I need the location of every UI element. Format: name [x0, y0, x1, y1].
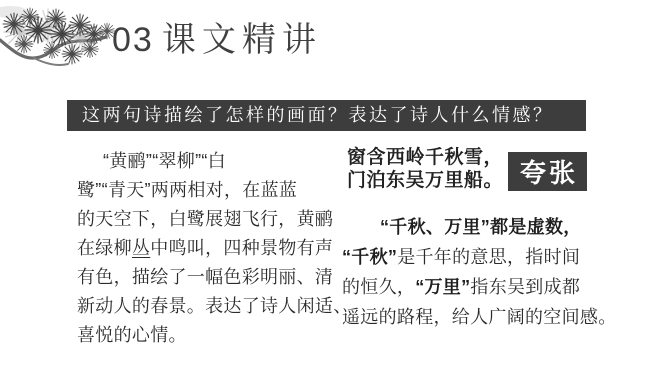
text-segment: 的恒久， — [342, 277, 415, 297]
bold-term: “万里” — [415, 277, 470, 297]
text-segment: 中鸣叫，四种景物有声 — [150, 238, 333, 258]
analysis-line: 在绿柳丛中鸣叫，四种景物有声 — [77, 234, 352, 263]
poem-line: 窗含西岭千秋雪， — [347, 146, 503, 169]
question-banner: 这两句诗描绘了怎样的画面？表达了诗人什么情感？ — [67, 100, 586, 131]
text-segment: 喜悦的心情。 — [77, 325, 187, 345]
analysis-line: “黄鹂”“翠柳”“白 — [77, 147, 352, 176]
slide: 03课文精讲 这两句诗描绘了怎样的画面？表达了诗人什么情感？ “黄鹂”“翠柳”“… — [0, 0, 668, 376]
text-segment: “黄鹂”“翠柳”“白 — [103, 151, 226, 171]
text-segment: 遥远的路程，给人广阔的空间感。 — [342, 307, 617, 327]
pine-branch-icon — [0, 4, 118, 78]
text-segment: 的天空下，白鹭展翅飞行，黄鹂 — [77, 209, 333, 229]
page-title: 03课文精讲 — [112, 18, 322, 62]
question-text: 这两句诗描绘了怎样的画面？表达了诗人什么情感？ — [82, 105, 554, 125]
analysis-line: 的天空下，白鹭展翅飞行，黄鹂 — [77, 205, 352, 234]
text-segment: 新动人的春景。表达了诗人闲适、 — [77, 296, 352, 316]
analysis-line: 有色，描绘了一幅色彩明丽、清 — [77, 263, 352, 292]
rhetoric-badge-label: 夸张 — [520, 153, 578, 190]
analysis-line: 喜悦的心情。 — [77, 321, 352, 350]
text-segment: 指东吴到成都 — [470, 277, 580, 297]
poem-couplet: 窗含西岭千秋雪， 门泊东吴万里船。 — [347, 146, 503, 192]
analysis-line: 遥远的路程，给人广阔的空间感。 — [342, 302, 627, 332]
right-analysis-paragraph: “千秋、万里”都是虚数， “千秋”是千年的意思，指时间 的恒久，“万里”指东吴到… — [342, 212, 627, 332]
text-segment: 在绿柳 — [77, 238, 132, 258]
rhetoric-badge: 夸张 — [508, 152, 587, 191]
analysis-line: “千秋”是千年的意思，指时间 — [342, 242, 627, 272]
analysis-line: 新动人的春景。表达了诗人闲适、 — [77, 292, 352, 321]
bold-term: “千秋、万里”都是虚数， — [380, 217, 582, 237]
text-segment: 是千年的意思，指时间 — [397, 247, 580, 267]
page-title-text: 课文精讲 — [162, 21, 322, 59]
poem-line: 门泊东吴万里船。 — [347, 169, 503, 192]
section-number: 03 — [112, 21, 154, 59]
analysis-line: 的恒久，“万里”指东吴到成都 — [342, 272, 627, 302]
underlined-term: 丛 — [132, 238, 150, 258]
bold-term: “千秋” — [342, 247, 397, 267]
analysis-line: 鹭”“青天”两两相对，在蓝蓝 — [77, 176, 352, 205]
text-segment: 鹭”“青天”两两相对，在蓝蓝 — [77, 180, 297, 200]
text-segment: 有色，描绘了一幅色彩明丽、清 — [77, 267, 333, 287]
left-analysis-paragraph: “黄鹂”“翠柳”“白 鹭”“青天”两两相对，在蓝蓝 的天空下，白鹭展翅飞行，黄鹂… — [77, 147, 352, 350]
analysis-line: “千秋、万里”都是虚数， — [342, 212, 627, 242]
